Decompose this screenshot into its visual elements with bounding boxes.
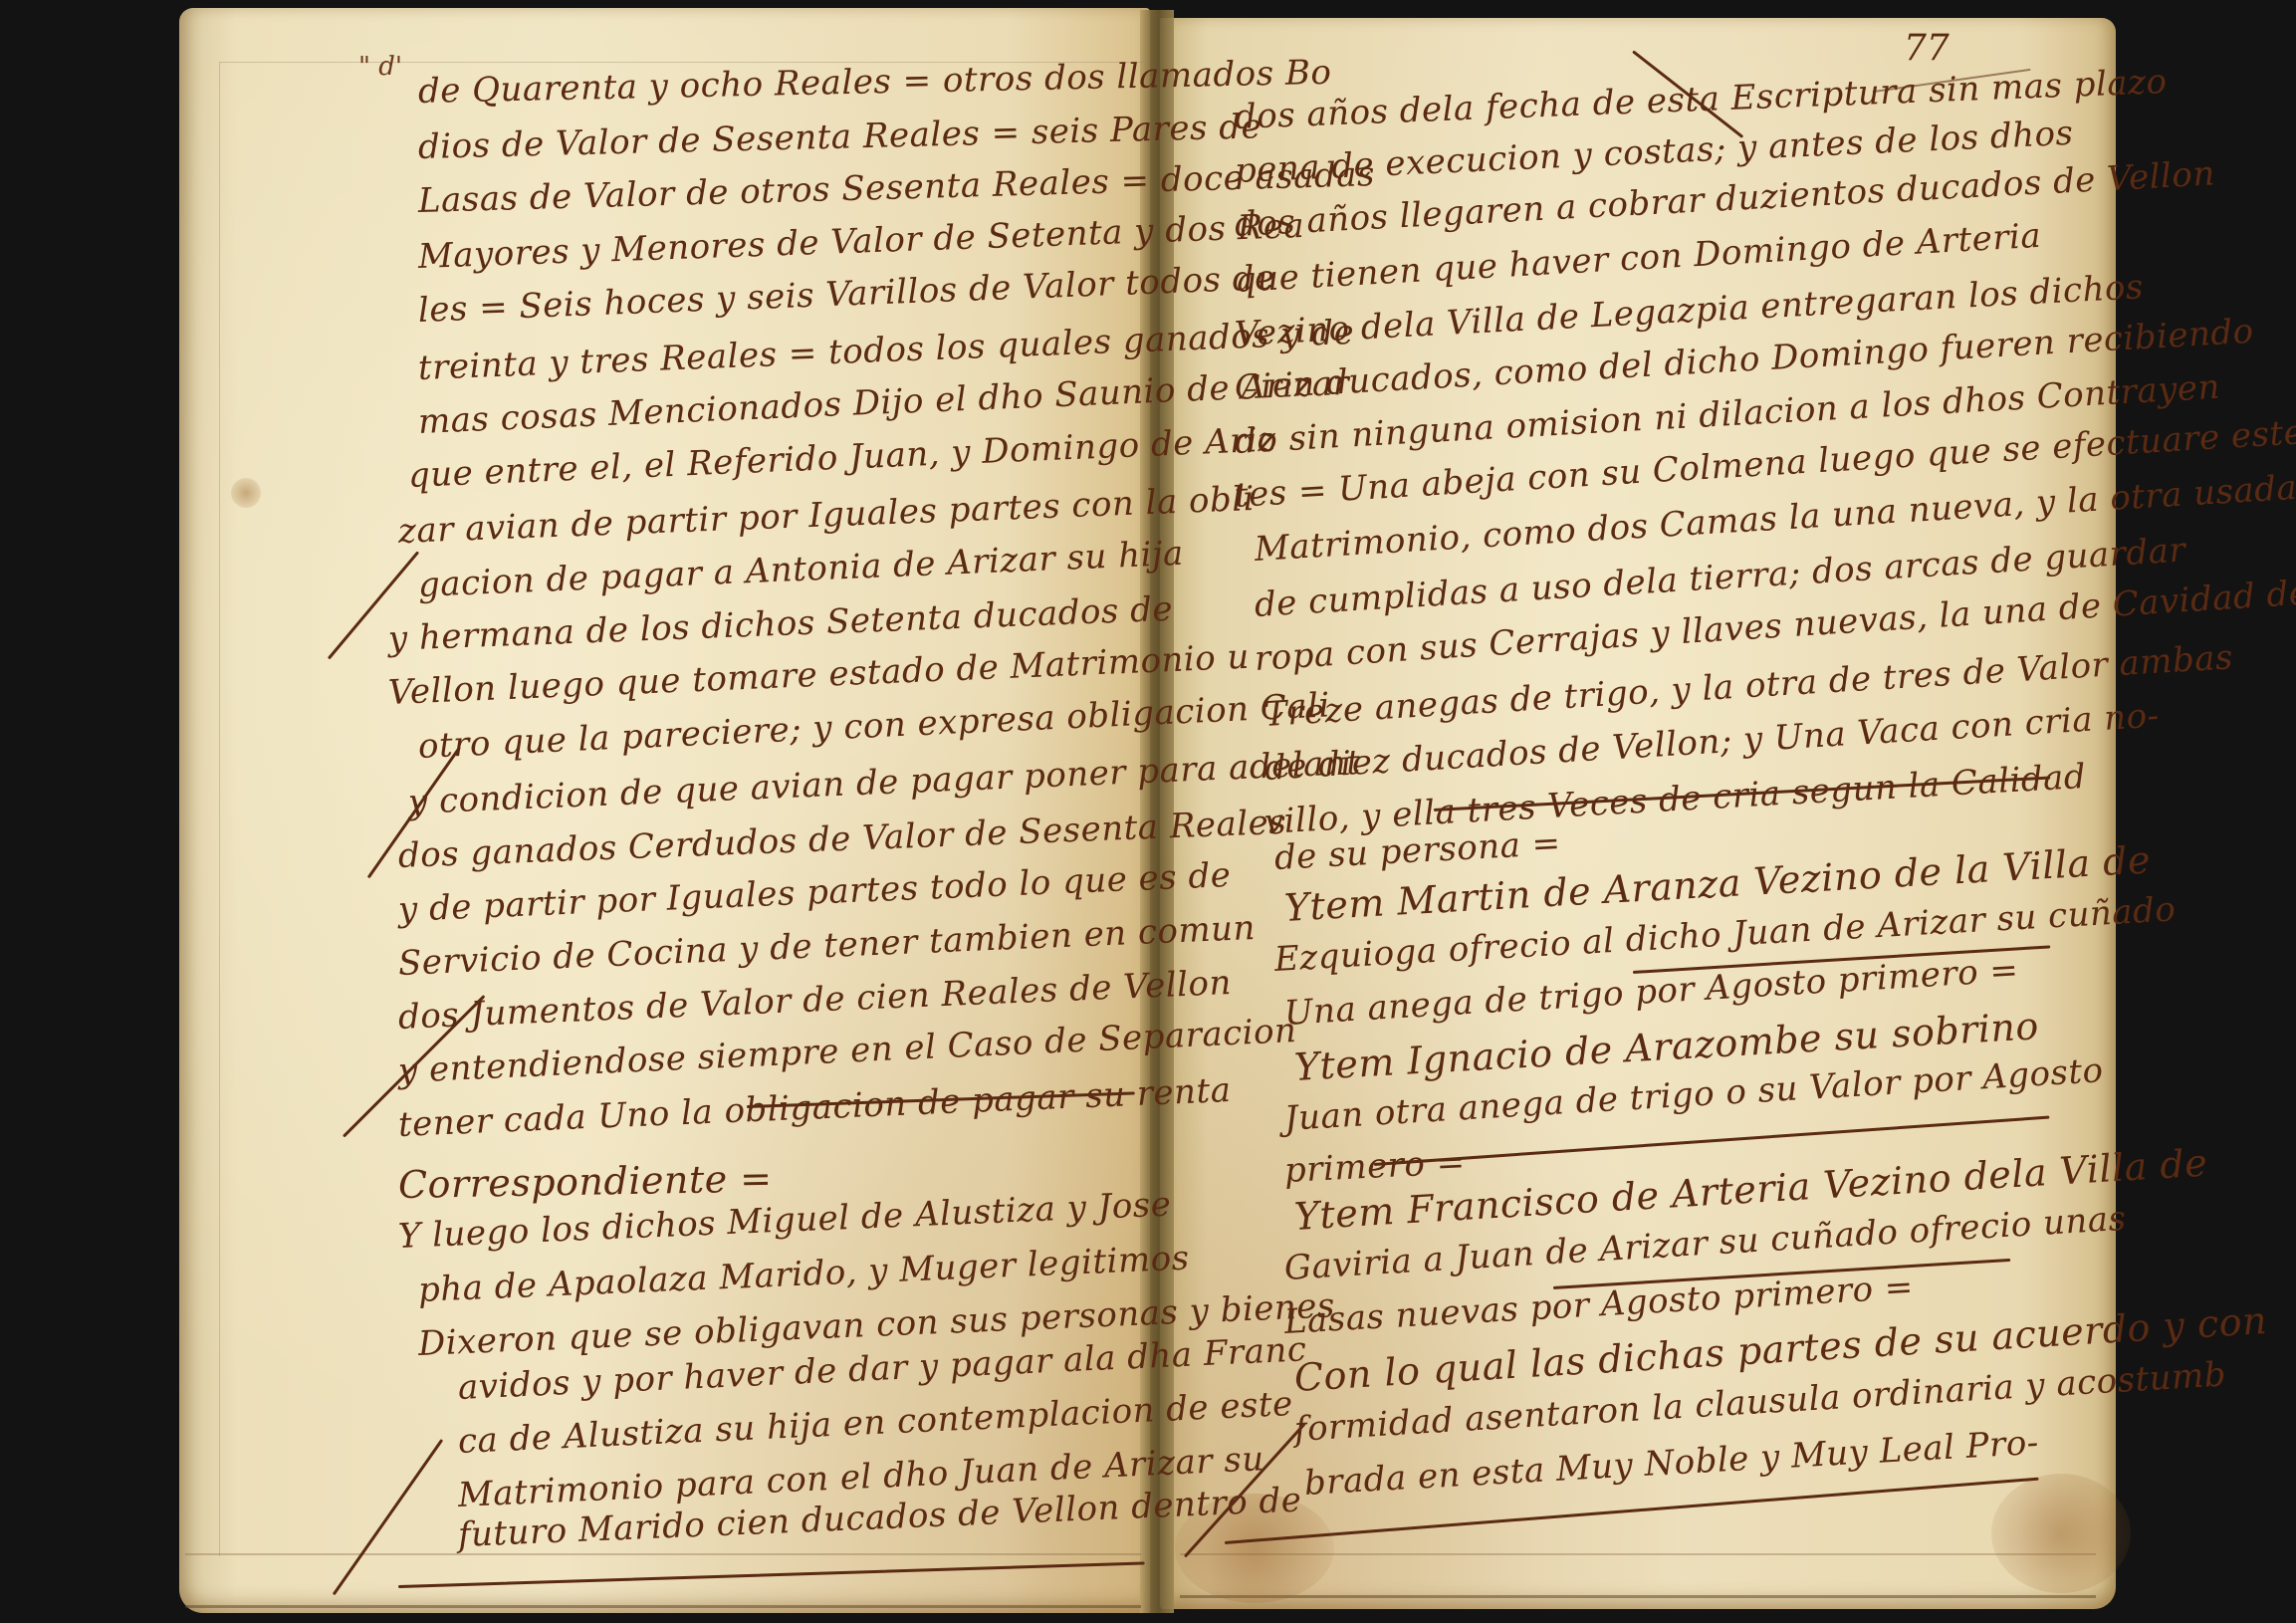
left-page-bottom-edge xyxy=(185,1553,1141,1608)
ink-stain xyxy=(231,478,261,508)
folio-number: 77 xyxy=(1904,28,1950,69)
water-stain xyxy=(1991,1474,2131,1593)
manuscript-line: Correspondiente = xyxy=(398,1156,773,1207)
corner-mark: " d' xyxy=(358,52,402,82)
